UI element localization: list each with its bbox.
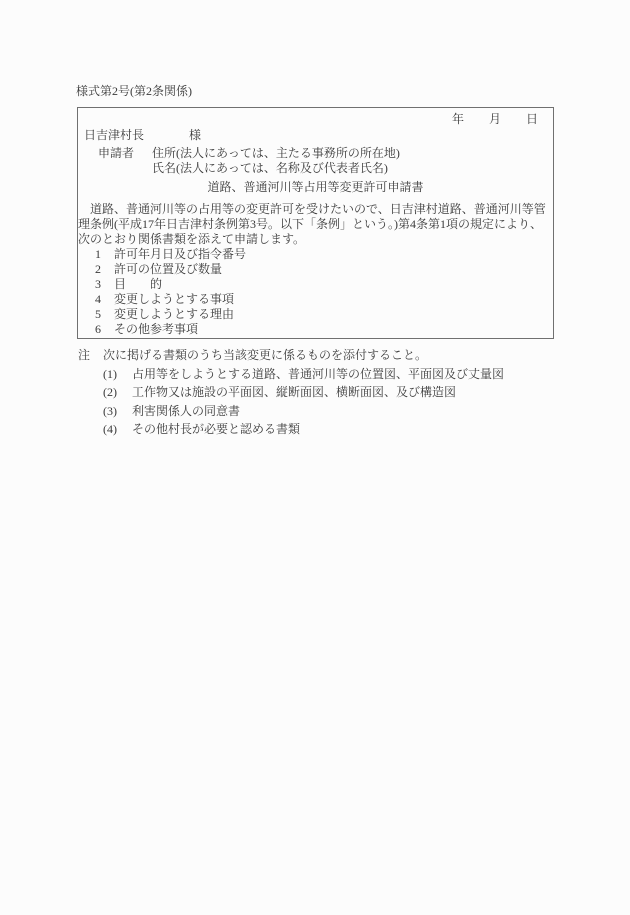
- list-item: 3目 的: [78, 277, 553, 292]
- list-item-number: 5: [95, 307, 114, 322]
- date-month-label: 月: [489, 112, 501, 126]
- applicant-label: 申請者: [98, 146, 134, 176]
- note-item-number: (1): [103, 367, 132, 382]
- body-line: 次のとおり関係書類を添えて申請します。: [78, 232, 553, 247]
- applicant-address-label: 住所(法人にあっては、主たる事務所の所在地): [152, 146, 400, 161]
- applicant-name-label: 氏名(法人にあっては、名称及び代表者氏名): [152, 161, 400, 176]
- document-page: 様式第2号(第2条関係) 年月日 日吉津村長様 申請者 住所(法人にあっては、主…: [0, 0, 630, 915]
- note-item: (1)占用等をしようとする道路、普通河川等の位置図、平面図及び丈量図: [103, 367, 568, 382]
- list-item: 1許可年月日及び指令番号: [78, 247, 553, 262]
- list-item: 2許可の位置及び数量: [78, 262, 553, 277]
- notes-section: 注次に掲げる書類のうち当該変更に係るものを添付すること。 (1)占用等をしようと…: [78, 348, 568, 437]
- note-item-text: 工作物又は施設の平面図、縦断面図、横断面図、及び構造図: [132, 385, 456, 400]
- list-item-number: 2: [95, 262, 114, 277]
- form-number-label: 様式第2号(第2条関係): [76, 84, 192, 99]
- note-marker: 注: [78, 348, 103, 363]
- date-line: 年月日: [78, 112, 553, 127]
- body-paragraph: 道路、普通河川等の占用等の変更許可を受けたいので、日吉津村道路、普通河川等管 理…: [78, 202, 553, 247]
- note-item-number: (2): [103, 385, 132, 400]
- list-item: 6その他参考事項: [78, 322, 553, 337]
- applicant-row: 申請者 住所(法人にあっては、主たる事務所の所在地) 氏名(法人にあっては、名称…: [78, 146, 553, 176]
- body-line: 道路、普通河川等の占用等の変更許可を受けたいので、日吉津村道路、普通河川等管: [78, 202, 553, 217]
- list-item: 5変更しようとする理由: [78, 307, 553, 322]
- note-head: 注次に掲げる書類のうち当該変更に係るものを添付すること。: [78, 348, 568, 363]
- note-item-text: その他村長が必要と認める書類: [132, 422, 300, 437]
- note-item-number: (3): [103, 404, 132, 419]
- list-item-text: 変更しようとする事項: [114, 292, 234, 307]
- note-head-text: 次に掲げる書類のうち当該変更に係るものを添付すること。: [103, 348, 427, 363]
- addressee-name: 日吉津村長: [84, 128, 144, 142]
- list-item-number: 1: [95, 247, 114, 262]
- list-item-text: 許可の位置及び数量: [114, 262, 222, 277]
- note-item: (3)利害関係人の同意書: [103, 404, 568, 419]
- list-item-text: 目 的: [114, 277, 162, 292]
- addressee-line: 日吉津村長様: [78, 128, 553, 143]
- list-item-number: 4: [95, 292, 114, 307]
- note-item-number: (4): [103, 422, 132, 437]
- list-item-number: 6: [95, 322, 114, 337]
- date-day-label: 日: [526, 112, 538, 126]
- note-item: (4)その他村長が必要と認める書類: [103, 422, 568, 437]
- list-item-text: その他参考事項: [114, 322, 198, 337]
- body-line: 理条例(平成17年日吉津村条例第3号。以下「条例」という。)第4条第1項の規定に…: [78, 217, 553, 232]
- list-item-text: 許可年月日及び指令番号: [114, 247, 246, 262]
- note-item: (2)工作物又は施設の平面図、縦断面図、横断面図、及び構造図: [103, 385, 568, 400]
- form-title: 道路、普通河川等占用等変更許可申請書: [78, 180, 553, 195]
- application-form-box: 年月日 日吉津村長様 申請者 住所(法人にあっては、主たる事務所の所在地) 氏名…: [77, 107, 554, 339]
- applicant-fields: 住所(法人にあっては、主たる事務所の所在地) 氏名(法人にあっては、名称及び代表…: [152, 146, 400, 176]
- list-item-text: 変更しようとする理由: [114, 307, 234, 322]
- list-item: 4変更しようとする事項: [78, 292, 553, 307]
- note-item-text: 利害関係人の同意書: [132, 404, 240, 419]
- numbered-list: 1許可年月日及び指令番号 2許可の位置及び数量 3目 的 4変更しようとする事項…: [78, 247, 553, 337]
- note-item-text: 占用等をしようとする道路、普通河川等の位置図、平面図及び丈量図: [132, 367, 504, 382]
- list-item-number: 3: [95, 277, 114, 292]
- date-year-label: 年: [452, 112, 464, 126]
- honorific-label: 様: [189, 128, 201, 142]
